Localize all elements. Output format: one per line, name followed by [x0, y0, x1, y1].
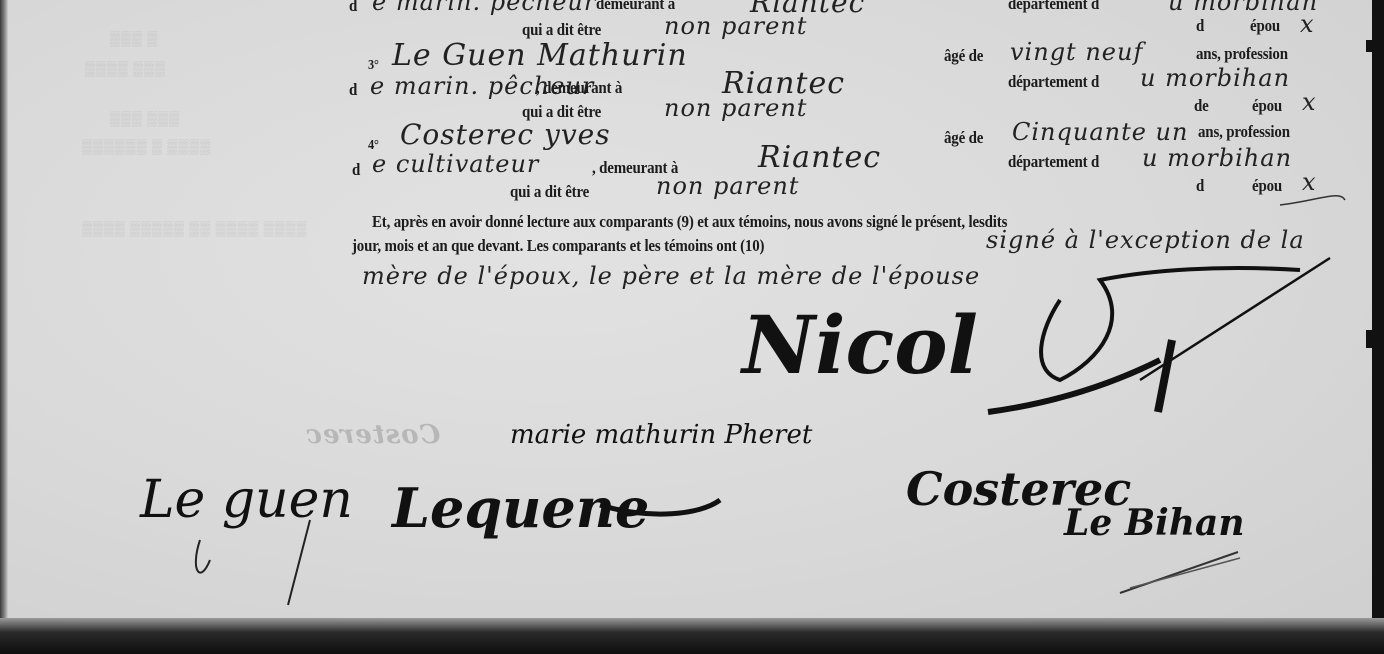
bleed-through-signature: Costerec	[305, 420, 440, 450]
spouse-suffix: x	[1300, 10, 1315, 38]
witness-residence: Riantec	[758, 140, 881, 175]
scan-bottom-border	[0, 618, 1384, 654]
signature-marie-mathurin: marie mathurin Pheret	[510, 420, 812, 450]
relation-label: qui a dit être	[510, 182, 589, 202]
signature-lequene: Lequene	[392, 476, 649, 540]
witness-profession: e cultivateur	[372, 150, 539, 178]
closing-handwritten-2: signé à l'exception de la	[986, 226, 1305, 254]
signature-le-guen: Le guen	[140, 470, 353, 530]
department-label: département d	[1008, 152, 1099, 172]
witness-department: u morbihan	[1168, 0, 1318, 16]
bleed-through-text: ▒▒▒▒▒▒ ▒ ▒▒▒▒	[82, 140, 211, 156]
spouse-suffix: x	[1302, 168, 1317, 196]
witness-department: u morbihan	[1140, 64, 1290, 92]
bleed-through-text: ▒▒▒▒ ▒▒▒▒▒ ▒▒ ▒▒▒▒ ▒▒▒▒	[82, 222, 307, 238]
witness-profession: e marin. pecheur	[372, 0, 596, 16]
spouse-label: épou	[1252, 96, 1282, 116]
spouse-label: épou	[1250, 16, 1280, 36]
witness-age: Cinquante un	[1012, 118, 1188, 146]
closing-line-2: jour, mois et an que devant. Les compara…	[352, 236, 764, 256]
department-label: département d	[1008, 72, 1099, 92]
residence-label: , demeurant à	[536, 78, 622, 98]
spouse-prefix: d	[1196, 16, 1204, 36]
witness-relation: non parent	[656, 172, 799, 200]
bleed-through-text: ▒▒▒ ▒	[110, 32, 158, 48]
profession-prefix: d	[349, 80, 357, 100]
profession-prefix: d	[352, 160, 360, 180]
signature-paraphe: J. Le Goff (paraphe)	[1030, 258, 1384, 341]
age-label: âgé de	[944, 128, 983, 148]
witness-department: u morbihan	[1142, 144, 1292, 172]
relation-label: qui a dit être	[522, 20, 601, 40]
bleed-through-text: ▒▒▒ ▒▒▒	[110, 112, 180, 128]
age-suffix: ans, profession	[1196, 44, 1288, 64]
profession-prefix: d	[349, 0, 357, 16]
witness-name: Le Guen Mathurin	[392, 38, 688, 73]
spouse-prefix: de	[1194, 96, 1209, 116]
witness-name: Costerec yves	[400, 118, 611, 151]
spouse-label: épou	[1252, 176, 1282, 196]
signature-nicol: Nicol	[742, 298, 978, 392]
witness-relation: non parent	[664, 12, 807, 40]
page-left-binding-edge	[0, 0, 8, 628]
witness-relation: non parent	[664, 94, 807, 122]
closing-handwritten-3: mère de l'époux, le père et la mère de l…	[362, 262, 980, 290]
age-suffix: ans, profession	[1198, 122, 1290, 142]
closing-line-1: Et, après en avoir donné lecture aux com…	[372, 212, 1007, 232]
bleed-through-text: ▒▒▒▒ ▒▒▒	[85, 62, 166, 78]
document-page: ▒▒▒ ▒ ▒▒▒▒ ▒▒▒ ▒▒▒ ▒▒▒ ▒▒▒▒▒▒ ▒ ▒▒▒▒ ▒▒▒…	[0, 0, 1375, 628]
signature-le-bihan: Le Bihan	[1064, 502, 1245, 544]
witness-age: vingt neuf	[1010, 38, 1143, 66]
spouse-suffix: x	[1302, 88, 1317, 116]
age-label: âgé de	[944, 46, 983, 66]
department-label: département d	[1008, 0, 1099, 14]
scan-right-border	[1372, 0, 1384, 654]
spouse-prefix: d	[1196, 176, 1204, 196]
